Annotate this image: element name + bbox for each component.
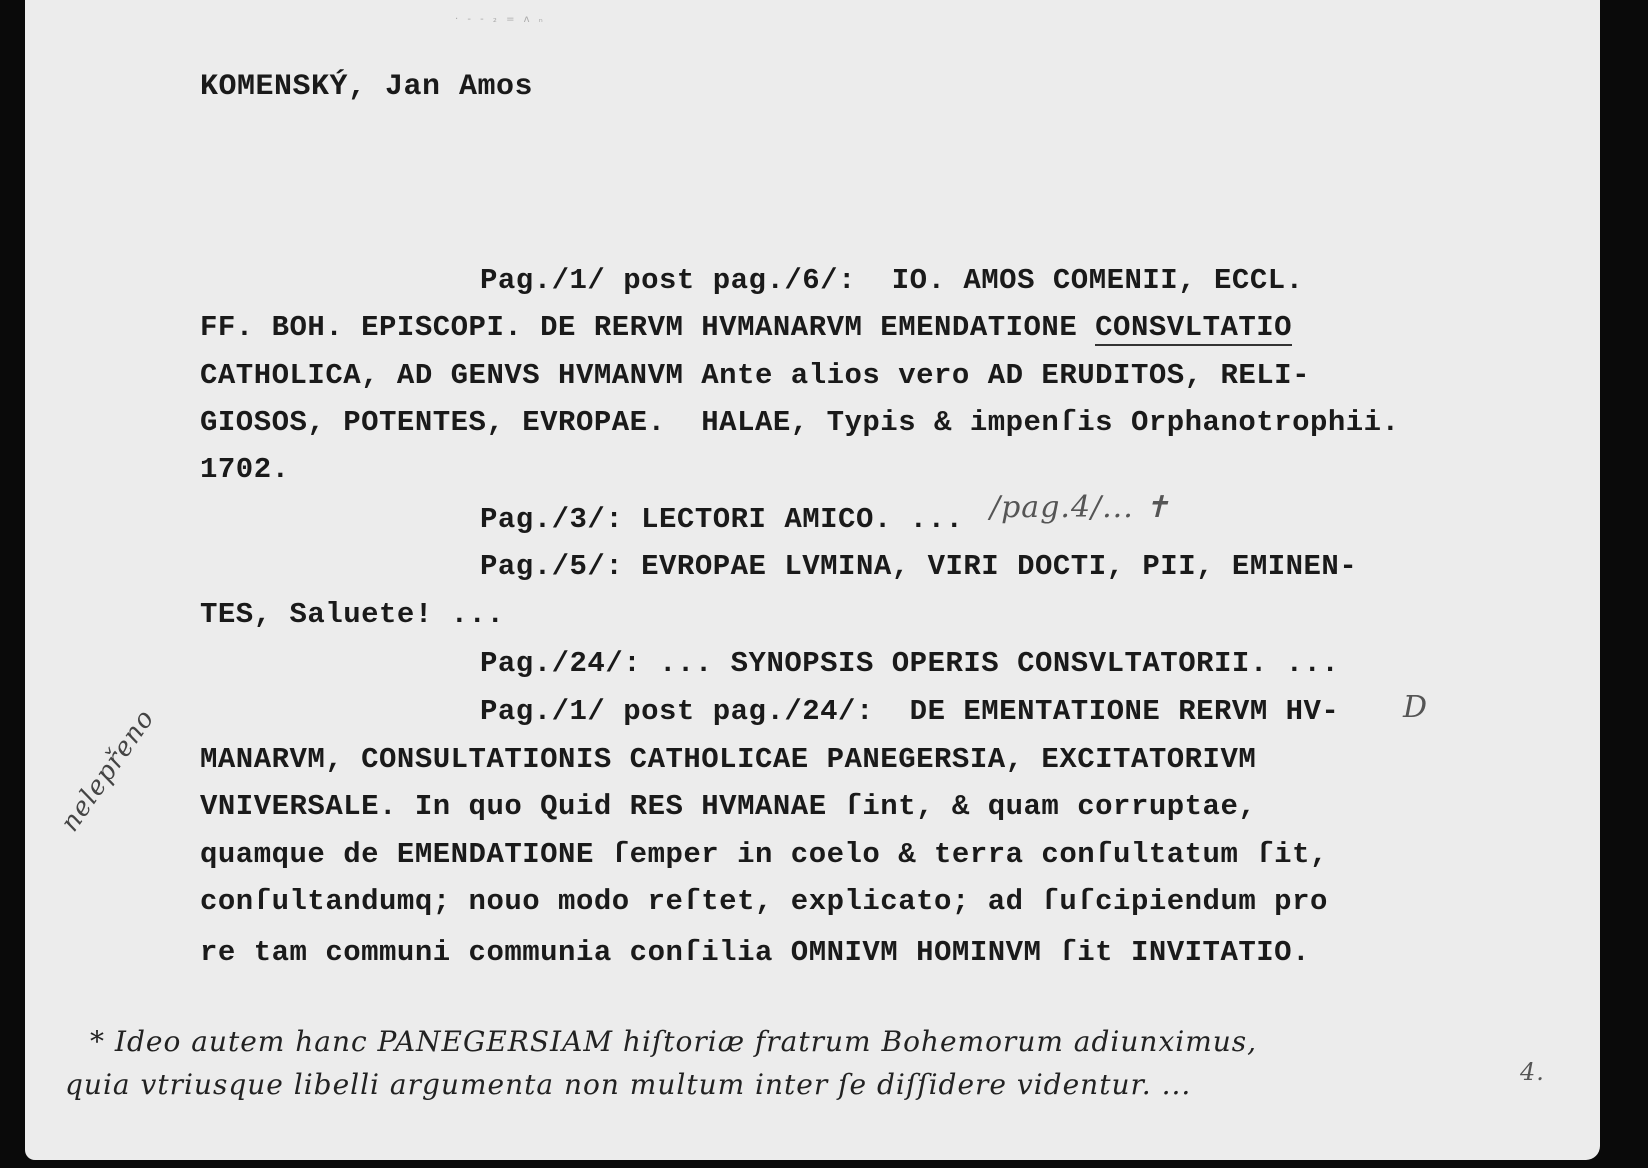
- pencil-annotation-pag4: /pag.4/... ✝: [990, 490, 1170, 525]
- entry-line: 1702.: [200, 453, 290, 486]
- entry-line: CATHOLICA, AD GENVS HVMANVM Ante alios v…: [200, 359, 1310, 392]
- entry-line: Pag./1/ post pag./6/: IO. AMOS COMENII, …: [480, 264, 1304, 297]
- handwritten-footnote-line2: quia vtriusque libelli argumenta non mul…: [65, 1068, 1191, 1101]
- entry-line: TES, Saluete! ...: [200, 598, 504, 631]
- card-heading: KOMENSKÝ, Jan Amos: [200, 70, 533, 104]
- handwritten-footnote-line1: * Ideo autem hanc PANEGERSIAM hiſtoriæ f…: [90, 1025, 1257, 1058]
- entry-line: MANARVM, CONSULTATIONIS CATHOLICAE PANEG…: [200, 743, 1256, 776]
- entry-line: re tam communi communia conſilia OMNIVM …: [200, 936, 1310, 969]
- entry-line: Pag./1/ post pag./24/: DE EMENTATIONE RE…: [480, 695, 1339, 728]
- entry-line: VNIVERSALE. In quo Quid RES HVMANAE ſint…: [200, 790, 1256, 823]
- faint-stamp: · - - ₂ = ᴧ ₙ: [455, 14, 546, 25]
- entry-line: FF. BOH. EPISCOPI. DE RERVM HVMANARVM EM…: [200, 311, 1292, 344]
- entry-text: FF. BOH. EPISCOPI. DE RERVM HVMANARVM EM…: [200, 311, 1095, 344]
- entry-line: quamque de EMENDATIONE ſemper in coelo &…: [200, 838, 1328, 871]
- underlined-word: CONSVLTATIO: [1095, 311, 1292, 346]
- entry-line: GIOSOS, POTENTES, EVROPAE. HALAE, Typis …: [200, 406, 1400, 439]
- entry-line: Pag./3/: LECTORI AMICO. ...: [480, 503, 963, 536]
- pencil-page-number: 4.: [1520, 1058, 1545, 1086]
- entry-line: Pag./5/: EVROPAE LVMINA, VIRI DOCTI, PII…: [480, 550, 1357, 583]
- margin-handwritten-note: nelepřeno: [55, 704, 161, 837]
- pencil-annotation-d: D: [1403, 690, 1428, 725]
- entry-line: Pag./24/: ... SYNOPSIS OPERIS CONSVLTATO…: [480, 647, 1339, 680]
- catalog-card: · - - ₂ = ᴧ ₙ KOMENSKÝ, Jan Amos Pag./1/…: [25, 0, 1600, 1160]
- entry-line: conſultandumq; nouo modo reſtet, explica…: [200, 885, 1328, 918]
